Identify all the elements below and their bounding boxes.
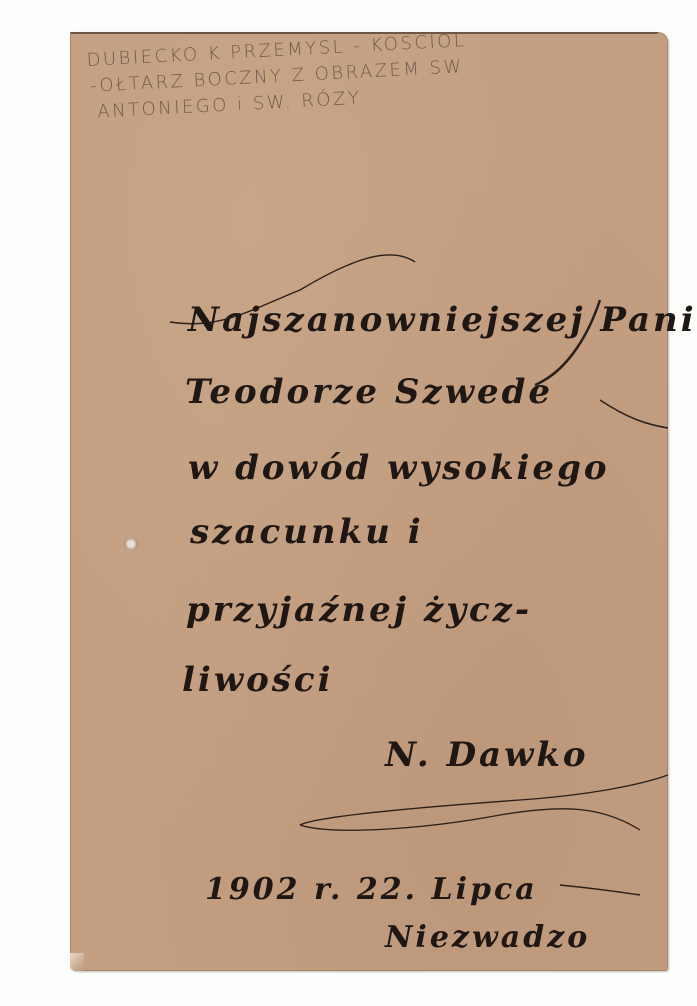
letter-line-1: Najszanowniejszej Pani xyxy=(188,300,697,340)
letter-date: 1902 r. 22. Lipca xyxy=(205,872,538,907)
letter-line-4: szacunku i xyxy=(190,512,424,552)
signature: N. Dawko xyxy=(385,735,589,775)
letter-line-2: Teodorze Szwede xyxy=(185,372,553,412)
corner-fold xyxy=(70,953,84,971)
pin-hole xyxy=(124,538,138,550)
letter-line-3: w dowód wysokiego xyxy=(188,448,610,488)
handwritten-card xyxy=(70,32,668,971)
letter-place: Niezwadzo xyxy=(385,920,590,955)
letter-line-6: liwości xyxy=(182,660,334,700)
letter-line-5: przyjaźnej życz- xyxy=(186,590,532,630)
